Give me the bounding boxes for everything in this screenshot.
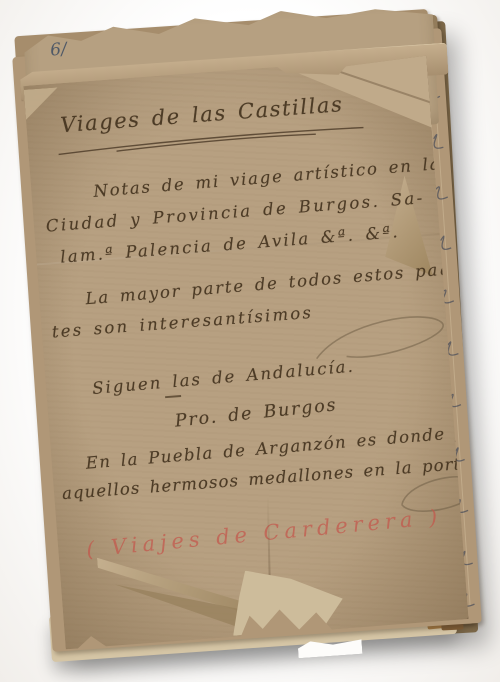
page-number: 6/ [49,39,67,60]
manuscript-photo: 6/ Viages de las Castillas Notas de mi v… [0,0,500,682]
cover-sheet: Viages de las Castillas Notas de mi viag… [23,56,468,650]
pencil-flourish [309,305,453,373]
